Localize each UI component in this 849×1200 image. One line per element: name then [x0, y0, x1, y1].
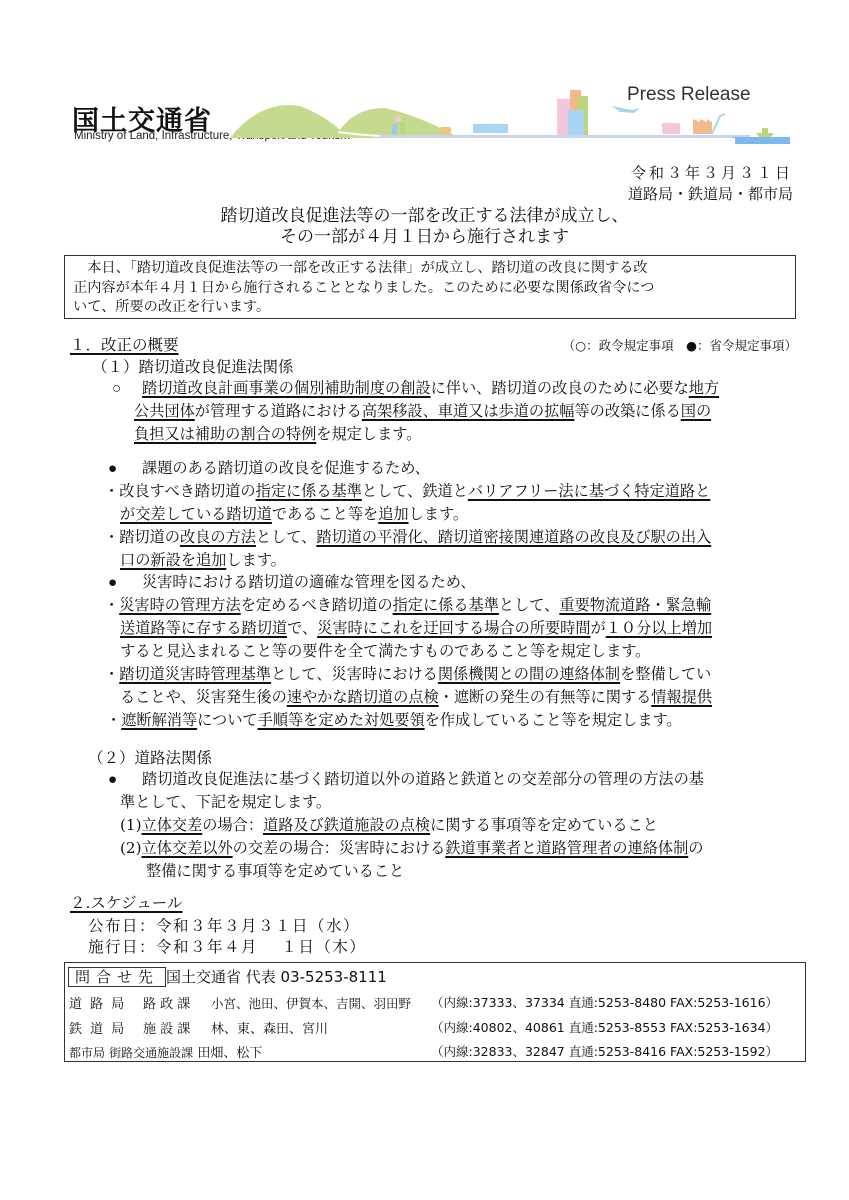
- promulgation-date: 公布日：令和３年３月３１日（水）: [88, 914, 360, 936]
- title-line-1: 踏切道改良促進法等の一部を改正する法律が成立し、: [0, 206, 849, 227]
- enforcement-date: 施行日：令和３年４月 １日（木）: [88, 935, 366, 957]
- ministry-main-phone: 国土交通省 代表 03-5253-8111: [166, 968, 387, 986]
- item-government-ordinance: ○踏切道改良計画事業の個別補助制度の創設に伴い、踏切道の改良のために必要な地方 …: [112, 377, 812, 446]
- item-disaster-management: ●災害時における踏切道の適確な管理を図るため、 ・災害時の管理方法を定めるべき踏…: [104, 571, 814, 732]
- issuing-departments: 道路局・鉄道局・都市局: [628, 183, 793, 204]
- contact-box: 問合せ先国土交通省 代表 03-5253-8111 道 路 局路 政 課小宮、池…: [64, 962, 806, 1062]
- release-date: 令和３年３月３１日: [631, 164, 793, 183]
- filled-circle-icon: ●: [108, 768, 130, 791]
- summary-line-2: 正内容が本年４月１日から施行されることとなりました。このために必要な関係政省令に…: [73, 279, 787, 299]
- item-road-law: ●踏切道改良促進法に基づく踏切道以外の道路と鉄道との交差部分の管理の方法の基 準…: [104, 768, 814, 883]
- open-circle-icon: ○: [112, 377, 134, 400]
- contact-label: 問合せ先: [68, 967, 166, 987]
- landscape-illustration-icon: [230, 86, 790, 144]
- legend-note: （○：政令規定事項 ●：省令規定事項）: [563, 336, 797, 354]
- item-improvement-promotion: ●課題のある踏切道の改良を促進するため、 ・改良すべき踏切道の指定に係る基準とし…: [104, 457, 814, 572]
- summary-box: 本日、「踏切道改良促進法等の一部を改正する法律」が成立し、踏切道の改良に関する改…: [64, 255, 796, 319]
- subsection-1-heading: （１）踏切道改良促進法関係: [92, 355, 294, 377]
- summary-line-1: 本日、「踏切道改良促進法等の一部を改正する法律」が成立し、踏切道の改良に関する改: [73, 259, 787, 279]
- contact-row: 道 路 局路 政 課小宮、池田、伊賀本、吉開、羽田野 （内線:37333、373…: [69, 993, 411, 1012]
- subsection-2-heading: （２）道路法関係: [88, 746, 212, 768]
- contact-row: 鉄 道 局施 設 課林、東、森田、宮川 （内線:40802、40861 直通:5…: [69, 1018, 328, 1037]
- section-1-heading: １．改正の概要: [70, 333, 179, 355]
- filled-circle-icon: ●: [108, 457, 130, 480]
- page-title: 踏切道改良促進法等の一部を改正する法律が成立し、 その一部が４月１日から施行され…: [0, 206, 849, 248]
- summary-line-3: いて、所要の改正を行います。: [73, 298, 787, 318]
- section-2-heading: ２.スケジュール: [70, 891, 183, 913]
- contact-row: 都市局 街路交通施設課 田畑、松下 （内線:32833、32847 直通:525…: [69, 1042, 262, 1061]
- filled-circle-icon: ●: [108, 571, 130, 594]
- title-line-2: その一部が４月１日から施行されます: [0, 227, 849, 248]
